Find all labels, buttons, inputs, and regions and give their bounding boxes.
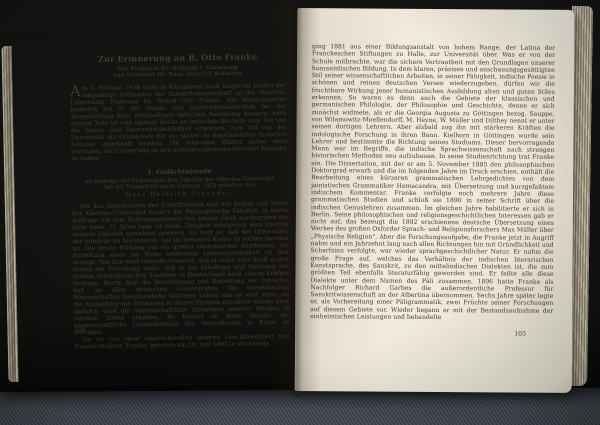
page-heading: Zur Erinnerung an R. Otto Franke — [70, 51, 286, 64]
page-number-left: 104 — [74, 326, 86, 333]
book-photo: Zur Erinnerung an R. Otto Franke Von Pro… — [0, 0, 600, 425]
closing-paragraph: Sie ist von einer eindrucksvollen innere… — [74, 334, 290, 351]
left-page-text-block: Zur Erinnerung an R. Otto Franke Von Pro… — [70, 51, 291, 351]
left-page: Zur Erinnerung an R. Otto Franke Von Pro… — [10, 34, 298, 388]
opening-paragraph: Am 5. Februar 1928 starb in Königsberg n… — [70, 83, 287, 163]
opening-paragraph-text: m 5. Februar 1928 starb in Königsberg na… — [70, 83, 287, 162]
right-page-text-block: ging 1881 aus einer Bildungsanstalt von … — [310, 43, 555, 322]
drop-cap: A — [70, 86, 81, 99]
page-number-right: 105 — [514, 331, 526, 338]
right-page-paragraph: ging 1881 aus einer Bildungsanstalt von … — [310, 43, 555, 322]
right-page: ging 1881 aus einer Bildungsanstalt von … — [295, 8, 575, 393]
memorial-speech-paragraph: Mit den Angehörigen des Entschlafenen un… — [72, 201, 290, 337]
